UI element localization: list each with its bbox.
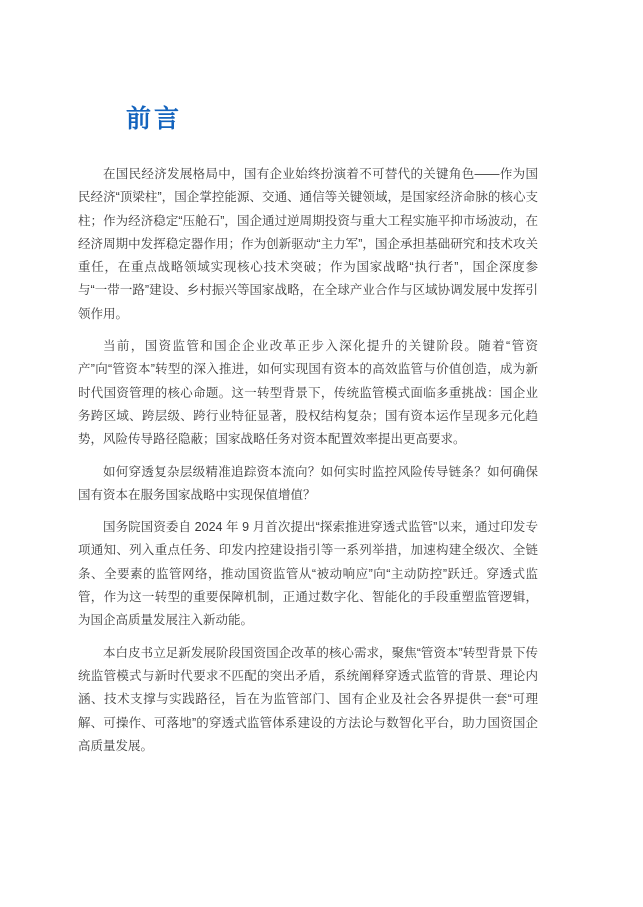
preface-heading: 前言	[126, 104, 182, 135]
preface-paragraph-2: 当前，国资监管和国企企业改革正步入深化提升的关键阶段。随着“管资产”向“管资本”…	[78, 335, 538, 451]
preface-paragraph-1: 在国民经济发展格局中，国有企业始终扮演着不可替代的关键角色——作为国民经济“顶梁…	[78, 163, 538, 326]
document-page: 前言 在国民经济发展格局中，国有企业始终扮演着不可替代的关键角色——作为国民经济…	[0, 0, 643, 907]
preface-body: 在国民经济发展格局中，国有企业始终扮演着不可替代的关键角色——作为国民经济“顶梁…	[78, 163, 538, 758]
preface-paragraph-3: 如何穿透复杂层级精准追踪资本流向？如何实时监控风险传导链条？如何确保国有资本在服…	[78, 461, 538, 508]
preface-paragraph-5: 本白皮书立足新发展阶段国资国企改革的核心需求，聚焦“管资本”转型背景下传统监管模…	[78, 642, 538, 758]
preface-paragraph-4: 国务院国资委自 2024 年 9 月首次提出“探索推进穿透式监管”以来，通过印发…	[78, 516, 538, 632]
